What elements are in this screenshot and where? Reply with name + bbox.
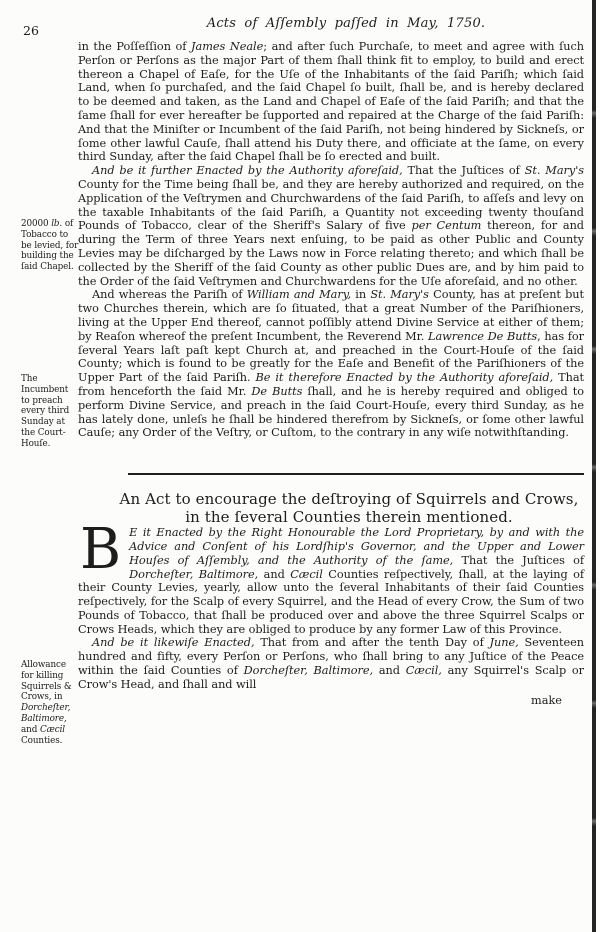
- drop-cap-letter: B: [78, 526, 129, 572]
- margin-note-incumbent-preach: The Incumbent to preach every third Sund…: [21, 374, 79, 450]
- scan-edge-line: [592, 0, 596, 932]
- act2-paragraph-likewise: And be it likewiſe Enacted, That from an…: [78, 636, 584, 691]
- section-divider: [128, 473, 584, 475]
- act2-heading: An Act to encourage the deſtroying of Sq…: [78, 490, 584, 526]
- scanned-book-page: 26 Acts of Aſſembly paſſed in May, 1750.…: [0, 0, 600, 932]
- act1-paragraph-levy: And be it further Enacted by the Authori…: [78, 164, 584, 288]
- act2-paragraph-enacting-text: E it Enacted by the Right Honourable the…: [78, 526, 584, 636]
- catchword: make: [78, 694, 584, 707]
- act2-paragraph-enacting: BE it Enacted by the Right Honourable th…: [78, 526, 584, 636]
- text-column: in the Poſſeſſion of James Neale; and af…: [78, 40, 584, 707]
- margin-note-squirrel-allowance: Allowance for killing Squirrels & Crows,…: [21, 660, 79, 746]
- act1-paragraph-continuation: in the Poſſeſſion of James Neale; and af…: [78, 40, 584, 164]
- running-title: Acts of Aſſembly paſſed in May, 1750.: [0, 16, 600, 31]
- act1-paragraph-whereas: And whereas the Pariſh of William and Ma…: [78, 288, 584, 440]
- margin-note-tobacco-levy: 20000 lb. of Tobacco to be levied, for b…: [21, 219, 79, 273]
